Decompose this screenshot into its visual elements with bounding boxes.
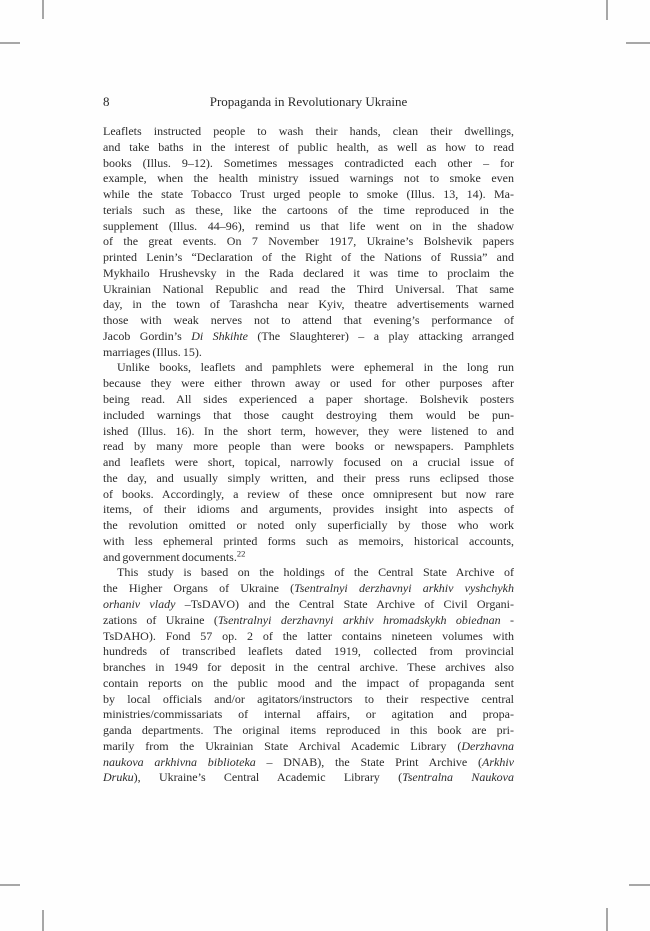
page-number: 8 [103, 94, 110, 110]
paragraph: This study is based on the holdings of t… [103, 565, 514, 786]
text-run: branches in 1949 for deposit in the cent… [103, 660, 514, 674]
crop-mark-bottom-left-vertical [42, 910, 44, 931]
text-run: contain reports on the public mood and t… [103, 676, 514, 690]
text-line: books (Illus. 9–12). Sometimes messages … [103, 156, 514, 172]
text-line: contain reports on the public mood and t… [103, 676, 514, 692]
text-line: those with weak nerves not to attend tha… [103, 313, 514, 329]
text-run: read by many more people than were books… [103, 439, 514, 453]
text-line: because they were either thrown away or … [103, 376, 514, 392]
text-run: and take baths in the interest of public… [103, 140, 514, 154]
italic-text-run: Tsentralnyi derzhavnyi arkhiv hromadskyk… [218, 613, 501, 627]
crop-mark-bottom-right-vertical [606, 908, 608, 931]
text-run: items, of their idioms and arguments, pr… [103, 502, 514, 516]
crop-mark-top-right-vertical [606, 0, 608, 20]
text-line: Druku), Ukraine’s Central Academic Libra… [103, 770, 514, 786]
italic-text-run: orhaniv vlady [103, 597, 175, 611]
paragraph: Unlike books, leaflets and pamphlets wer… [103, 360, 514, 565]
text-run: by local officials and/or agitators/inst… [103, 692, 514, 706]
text-line: read by many more people than were books… [103, 439, 514, 455]
footnote-reference: 22 [237, 548, 246, 558]
text-run: supplement (Illus. 44–96), remind us tha… [103, 219, 514, 233]
text-run: and leaflets were short, topical, narrow… [103, 455, 514, 469]
text-line: and government documents.22 [103, 550, 514, 566]
text-line: marily from the Ukrainian State Archival… [103, 739, 514, 755]
text-line: the revolution omitted or noted only sup… [103, 518, 514, 534]
crop-mark-top-left-horizontal [0, 42, 20, 44]
text-run: Mykhailo Hrushevsky in the Rada declared… [103, 266, 514, 280]
text-run: the revolution omitted or noted only sup… [103, 518, 514, 532]
text-line: the Higher Organs of Ukraine (Tsentralny… [103, 581, 514, 597]
text-line: zations of Ukraine (Tsentralnyi derzhavn… [103, 613, 514, 629]
text-run: being read. All sides experienced a pape… [103, 392, 514, 406]
text-line: branches in 1949 for deposit in the cent… [103, 660, 514, 676]
text-line: and take baths in the interest of public… [103, 140, 514, 156]
text-run: the day, and usually simply written, and… [103, 471, 514, 485]
text-line: with less ephemeral printed forms such a… [103, 534, 514, 550]
text-line: the day, and usually simply written, and… [103, 471, 514, 487]
text-run: marriages (Illus. 15). [103, 345, 202, 359]
text-line: while the state Tobacco Trust urged peop… [103, 187, 514, 203]
text-line: orhaniv vlady –TsDAVO) and the Central S… [103, 597, 514, 613]
italic-text-run: Druku [103, 770, 134, 784]
text-run: books (Illus. 9–12). Sometimes messages … [103, 156, 514, 170]
italic-text-run: Tsentralnyi derzhavnyi arkhiv vyshchykh [294, 581, 514, 595]
text-line: Unlike books, leaflets and pamphlets wer… [103, 360, 514, 376]
page-header: 8 Propaganda in Revolutionary Ukraine [103, 94, 514, 110]
text-run: marily from the Ukrainian State Archival… [103, 739, 461, 753]
text-run: and government documents. [103, 550, 237, 564]
text-line: Leaflets instructed people to wash their… [103, 124, 514, 140]
text-run: with less ephemeral printed forms such a… [103, 534, 514, 548]
text-line: supplement (Illus. 44–96), remind us tha… [103, 219, 514, 235]
italic-text-run: naukova arkhivna biblioteka [103, 755, 256, 769]
text-line: being read. All sides experienced a pape… [103, 392, 514, 408]
text-line: naukova arkhivna biblioteka – DNAB), the… [103, 755, 514, 771]
text-line: This study is based on the holdings of t… [103, 565, 514, 581]
text-run: of books. Accordingly, a review of these… [103, 487, 514, 501]
crop-mark-bottom-right-horizontal [629, 884, 650, 886]
italic-text-run: Derzhavna [461, 739, 514, 753]
scanned-book-page: 8 Propaganda in Revolutionary Ukraine Le… [0, 0, 650, 931]
text-line: ganda departments. The original items re… [103, 723, 514, 739]
text-run: ganda departments. The original items re… [103, 723, 514, 737]
italic-text-run: Arkhiv [482, 755, 514, 769]
text-run: - [501, 613, 514, 627]
text-run: Ukrainian National Republic and read the… [103, 282, 514, 296]
text-run: printed Lenin’s “Declaration of the Righ… [103, 250, 514, 264]
text-run: Jacob Gordin’s [103, 329, 191, 343]
text-run: Leaflets instructed people to wash their… [103, 124, 514, 138]
crop-mark-top-right-horizontal [626, 42, 650, 44]
text-run: Unlike books, leaflets and pamphlets wer… [117, 360, 514, 374]
page-body: Leaflets instructed people to wash their… [103, 124, 514, 786]
text-run: (The Slaughterer) – a play attacking arr… [248, 329, 514, 343]
italic-text-run: Di Shkihte [191, 329, 248, 343]
text-run: –TsDAVO) and the Central State Archive o… [175, 597, 514, 611]
paragraph: Leaflets instructed people to wash their… [103, 124, 514, 360]
crop-mark-bottom-left-horizontal [0, 884, 20, 886]
text-line: ministries/commissariats of internal aff… [103, 707, 514, 723]
text-run: hundreds of transcribed leaflets dated 1… [103, 644, 514, 658]
text-run: TsDAHO). Fond 57 op. 2 of the latter con… [103, 629, 514, 643]
text-run: because they were either thrown away or … [103, 376, 514, 390]
text-line: by local officials and/or agitators/inst… [103, 692, 514, 708]
text-run: ), Ukraine’s Central Academic Library ( [134, 770, 402, 784]
text-line: items, of their idioms and arguments, pr… [103, 502, 514, 518]
text-line: example, when the health ministry issued… [103, 171, 514, 187]
page-content: 8 Propaganda in Revolutionary Ukraine Le… [103, 94, 514, 786]
text-run: terials such as these, like the cartoons… [103, 203, 514, 217]
italic-text-run: Tsentralna Naukova [402, 770, 514, 784]
text-line: Ukrainian National Republic and read the… [103, 282, 514, 298]
running-title: Propaganda in Revolutionary Ukraine [103, 94, 514, 110]
text-line: ished (Illus. 16). In the short term, ho… [103, 424, 514, 440]
crop-mark-top-left-vertical [42, 0, 44, 19]
text-line: TsDAHO). Fond 57 op. 2 of the latter con… [103, 629, 514, 645]
text-run: – DNAB), the State Print Archive ( [256, 755, 482, 769]
text-line: terials such as these, like the cartoons… [103, 203, 514, 219]
text-line: hundreds of transcribed leaflets dated 1… [103, 644, 514, 660]
text-run: zations of Ukraine ( [103, 613, 218, 627]
text-run: day, in the town of Tarashcha near Kyiv,… [103, 297, 514, 311]
text-line: of the great events. On 7 November 1917,… [103, 234, 514, 250]
text-run: ished (Illus. 16). In the short term, ho… [103, 424, 514, 438]
text-line: marriages (Illus. 15). [103, 345, 514, 361]
text-line: Mykhailo Hrushevsky in the Rada declared… [103, 266, 514, 282]
text-run: example, when the health ministry issued… [103, 171, 514, 185]
text-run: while the state Tobacco Trust urged peop… [103, 187, 514, 201]
text-line: of books. Accordingly, a review of these… [103, 487, 514, 503]
text-run: This study is based on the holdings of t… [117, 565, 514, 579]
text-line: Jacob Gordin’s Di Shkihte (The Slaughter… [103, 329, 514, 345]
text-run: of the great events. On 7 November 1917,… [103, 234, 514, 248]
text-line: included warnings that those caught dest… [103, 408, 514, 424]
text-run: those with weak nerves not to attend tha… [103, 313, 514, 327]
text-run: the Higher Organs of Ukraine ( [103, 581, 294, 595]
text-line: day, in the town of Tarashcha near Kyiv,… [103, 297, 514, 313]
text-run: ministries/commissariats of internal aff… [103, 707, 514, 721]
text-line: printed Lenin’s “Declaration of the Righ… [103, 250, 514, 266]
text-line: and leaflets were short, topical, narrow… [103, 455, 514, 471]
text-run: included warnings that those caught dest… [103, 408, 514, 422]
